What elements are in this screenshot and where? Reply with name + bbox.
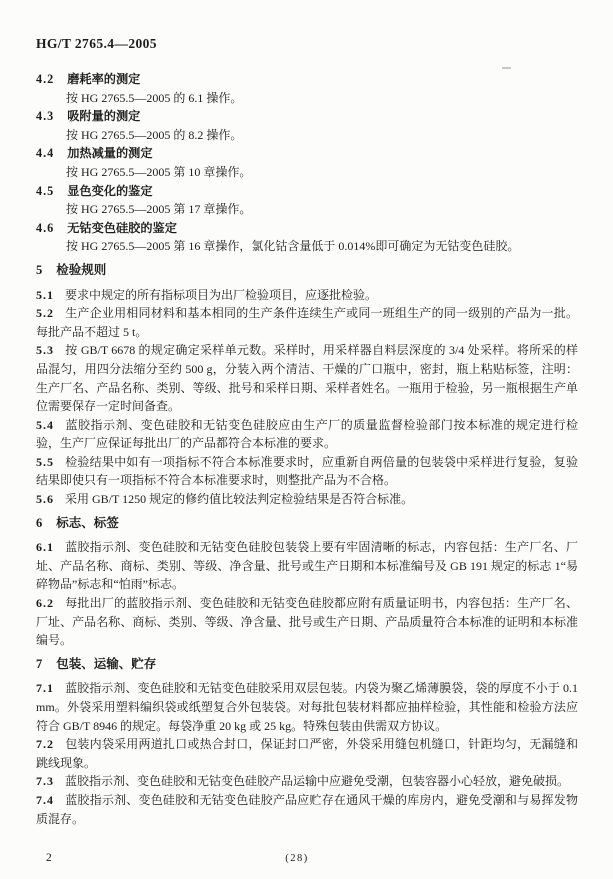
clause-item-7-4: 7.4蓝胶指示剂、变色硅胶和无钴变色硅胶产品应贮存在通风干燥的库房内，避免受潮和… [36, 791, 578, 828]
clause-number: 5.1 [36, 288, 54, 302]
chapter-heading-5: 5检验规则 [36, 261, 578, 280]
clause-number: 6.2 [36, 596, 54, 610]
clause-number: 7.1 [36, 681, 54, 695]
subclause-body-4-6: 按 HG 2765.5—2005 第 16 章操作，氯化钴含量低于 0.014%… [36, 237, 578, 256]
clause-item-5-1: 5.1要求中规定的所有指标项目为出厂检验项目，应逐批检验。 [36, 286, 578, 305]
clause-number: 6.1 [36, 540, 54, 554]
subclause-title: 磨耗率的测定 [67, 72, 140, 86]
clause-text: 按 GB/T 6678 的规定确定采样单元数。采样时，用采样器自料层深度的 3/… [36, 343, 578, 413]
clause-number: 5.2 [36, 306, 54, 320]
clause-text: 蓝胶指示剂、变色硅胶和无钴变色硅胶采用双层包装。内袋为聚乙烯薄膜袋，袋的厚度不小… [36, 681, 578, 732]
clause-text: 生产企业用相同材料和基本相同的生产条件连续生产或同一班组生产的同一级别的产品为一… [36, 306, 578, 339]
subclause-body-4-5: 按 HG 2765.5—2005 第 17 章操作。 [36, 200, 578, 219]
chapter-number: 5 [36, 263, 42, 277]
clause-text: 要求中规定的所有指标项目为出厂检验项目，应逐批检验。 [65, 288, 377, 302]
subclause-heading-4-4: 4.4加热减量的测定 [36, 144, 578, 163]
clause-number: 7.2 [36, 737, 54, 751]
subclause-number: 4.5 [36, 184, 54, 198]
clause-text: 每批出厂的蓝胶指示剂、变色硅胶和无钴变色硅胶都应附有质量证明书，内容包括：生产厂… [36, 596, 578, 647]
clause-text: 包装内袋采用两道扎口或热合封口，保证封口严密，外袋采用缝包机缝口，针距均匀，无漏… [36, 737, 578, 770]
chapter-number: 7 [36, 657, 42, 671]
subclause-title: 加热减量的测定 [67, 146, 152, 160]
clause-item-5-5: 5.5检验结果中如有一项指标不符合本标准要求时，应重新自两倍量的包装袋中采样进行… [36, 453, 578, 490]
clause-item-7-3: 7.3蓝胶指示剂、变色硅胶和无钴变色硅胶产品运输中应避免受潮，包装容器小心轻放，… [36, 772, 578, 791]
clause-item-6-2: 6.2每批出厂的蓝胶指示剂、变色硅胶和无钴变色硅胶都应附有质量证明书，内容包括：… [36, 594, 578, 650]
chapter-heading-6: 6标志、标签 [36, 514, 578, 533]
subclause-number: 4.3 [36, 109, 54, 123]
clause-number: 5.5 [36, 455, 54, 469]
clause-text: 蓝胶指示剂、变色硅胶和无钴变色硅胶包装袋上要有牢固清晰的标志，内容包括：生产厂名… [36, 540, 578, 591]
subclause-body-4-3: 按 HG 2765.5—2005 的 8.2 操作。 [36, 126, 578, 145]
subclause-number: 4.4 [36, 146, 54, 160]
page-content: HG/T 2765.4—2005 4.2磨耗率的测定 按 HG 2765.5—2… [36, 36, 578, 828]
clause-item-5-6: 5.6采用 GB/T 1250 规定的修约值比较法判定检验结果是否符合标准。 [36, 490, 578, 509]
clause-text: 检验结果中如有一项指标不符合本标准要求时，应重新自两倍量的包装袋中采样进行复验，… [36, 455, 578, 488]
document-page: HG/T 2765.4—2005 4.2磨耗率的测定 按 HG 2765.5—2… [0, 0, 613, 879]
subclause-body-4-2: 按 HG 2765.5—2005 的 6.1 操作。 [36, 89, 578, 108]
subclause-title: 显色变化的鉴定 [67, 184, 152, 198]
subclause-number: 4.6 [36, 221, 54, 235]
clause-number: 7.4 [36, 793, 54, 807]
clause-item-5-3: 5.3按 GB/T 6678 的规定确定采样单元数。采样时，用采样器自料层深度的… [36, 341, 578, 415]
doc-number: HG/T 2765.4—2005 [36, 36, 578, 52]
clause-text: 蓝胶指示剂、变色硅胶和无钴变色硅胶产品运输中应避免受潮，包装容器小心轻放，避免破… [65, 774, 569, 788]
clause-number: 7.3 [36, 774, 54, 788]
chapter-title: 标志、标签 [56, 516, 119, 530]
subclause-title: 无钴变色硅胶的鉴定 [67, 221, 177, 235]
clause-item-5-4: 5.4蓝胶指示剂、变色硅胶和无钴变色硅胶应由生产厂的质量监督检验部门按本标准的规… [36, 416, 578, 453]
subclause-heading-4-5: 4.5显色变化的鉴定 [36, 182, 578, 201]
subclause-heading-4-3: 4.3吸附量的测定 [36, 107, 578, 126]
subclause-title: 吸附量的测定 [67, 109, 140, 123]
clause-item-7-2: 7.2包装内袋采用两道扎口或热合封口，保证封口严密，外袋采用缝包机缝口，针距均匀… [36, 735, 578, 772]
subclause-number: 4.2 [36, 72, 54, 86]
chapter-heading-7: 7包装、运输、贮存 [36, 655, 578, 674]
chapter-number: 6 [36, 516, 42, 530]
clause-number: 5.6 [36, 492, 54, 506]
clause-item-5-2: 5.2生产企业用相同材料和基本相同的生产条件连续生产或同一班组生产的同一级别的产… [36, 304, 578, 341]
clause-text: 蓝胶指示剂、变色硅胶和无钴变色硅胶应由生产厂的质量监督检验部门按本标准的规定进行… [36, 418, 578, 451]
subclause-heading-4-2: 4.2磨耗率的测定 [36, 70, 578, 89]
clause-number: 5.3 [36, 343, 54, 357]
subclause-body-4-4: 按 HG 2765.5—2005 第 10 章操作。 [36, 163, 578, 182]
clause-item-7-1: 7.1蓝胶指示剂、变色硅胶和无钴变色硅胶采用双层包装。内袋为聚乙烯薄膜袋，袋的厚… [36, 679, 578, 735]
clause-number: 5.4 [36, 418, 54, 432]
clause-text: 蓝胶指示剂、变色硅胶和无钴变色硅胶产品应贮存在通风干燥的库房内，避免受潮和与易挥… [36, 793, 578, 826]
clause-item-6-1: 6.1蓝胶指示剂、变色硅胶和无钴变色硅胶包装袋上要有牢固清晰的标志，内容包括：生… [36, 538, 578, 594]
chapter-title: 包装、运输、贮存 [56, 657, 156, 671]
subclause-heading-4-6: 4.6无钴变色硅胶的鉴定 [36, 219, 578, 238]
clause-text: 采用 GB/T 1250 规定的修约值比较法判定检验结果是否符合标准。 [65, 492, 413, 506]
sheet-number: (28) [0, 853, 594, 864]
chapter-title: 检验规则 [56, 263, 106, 277]
